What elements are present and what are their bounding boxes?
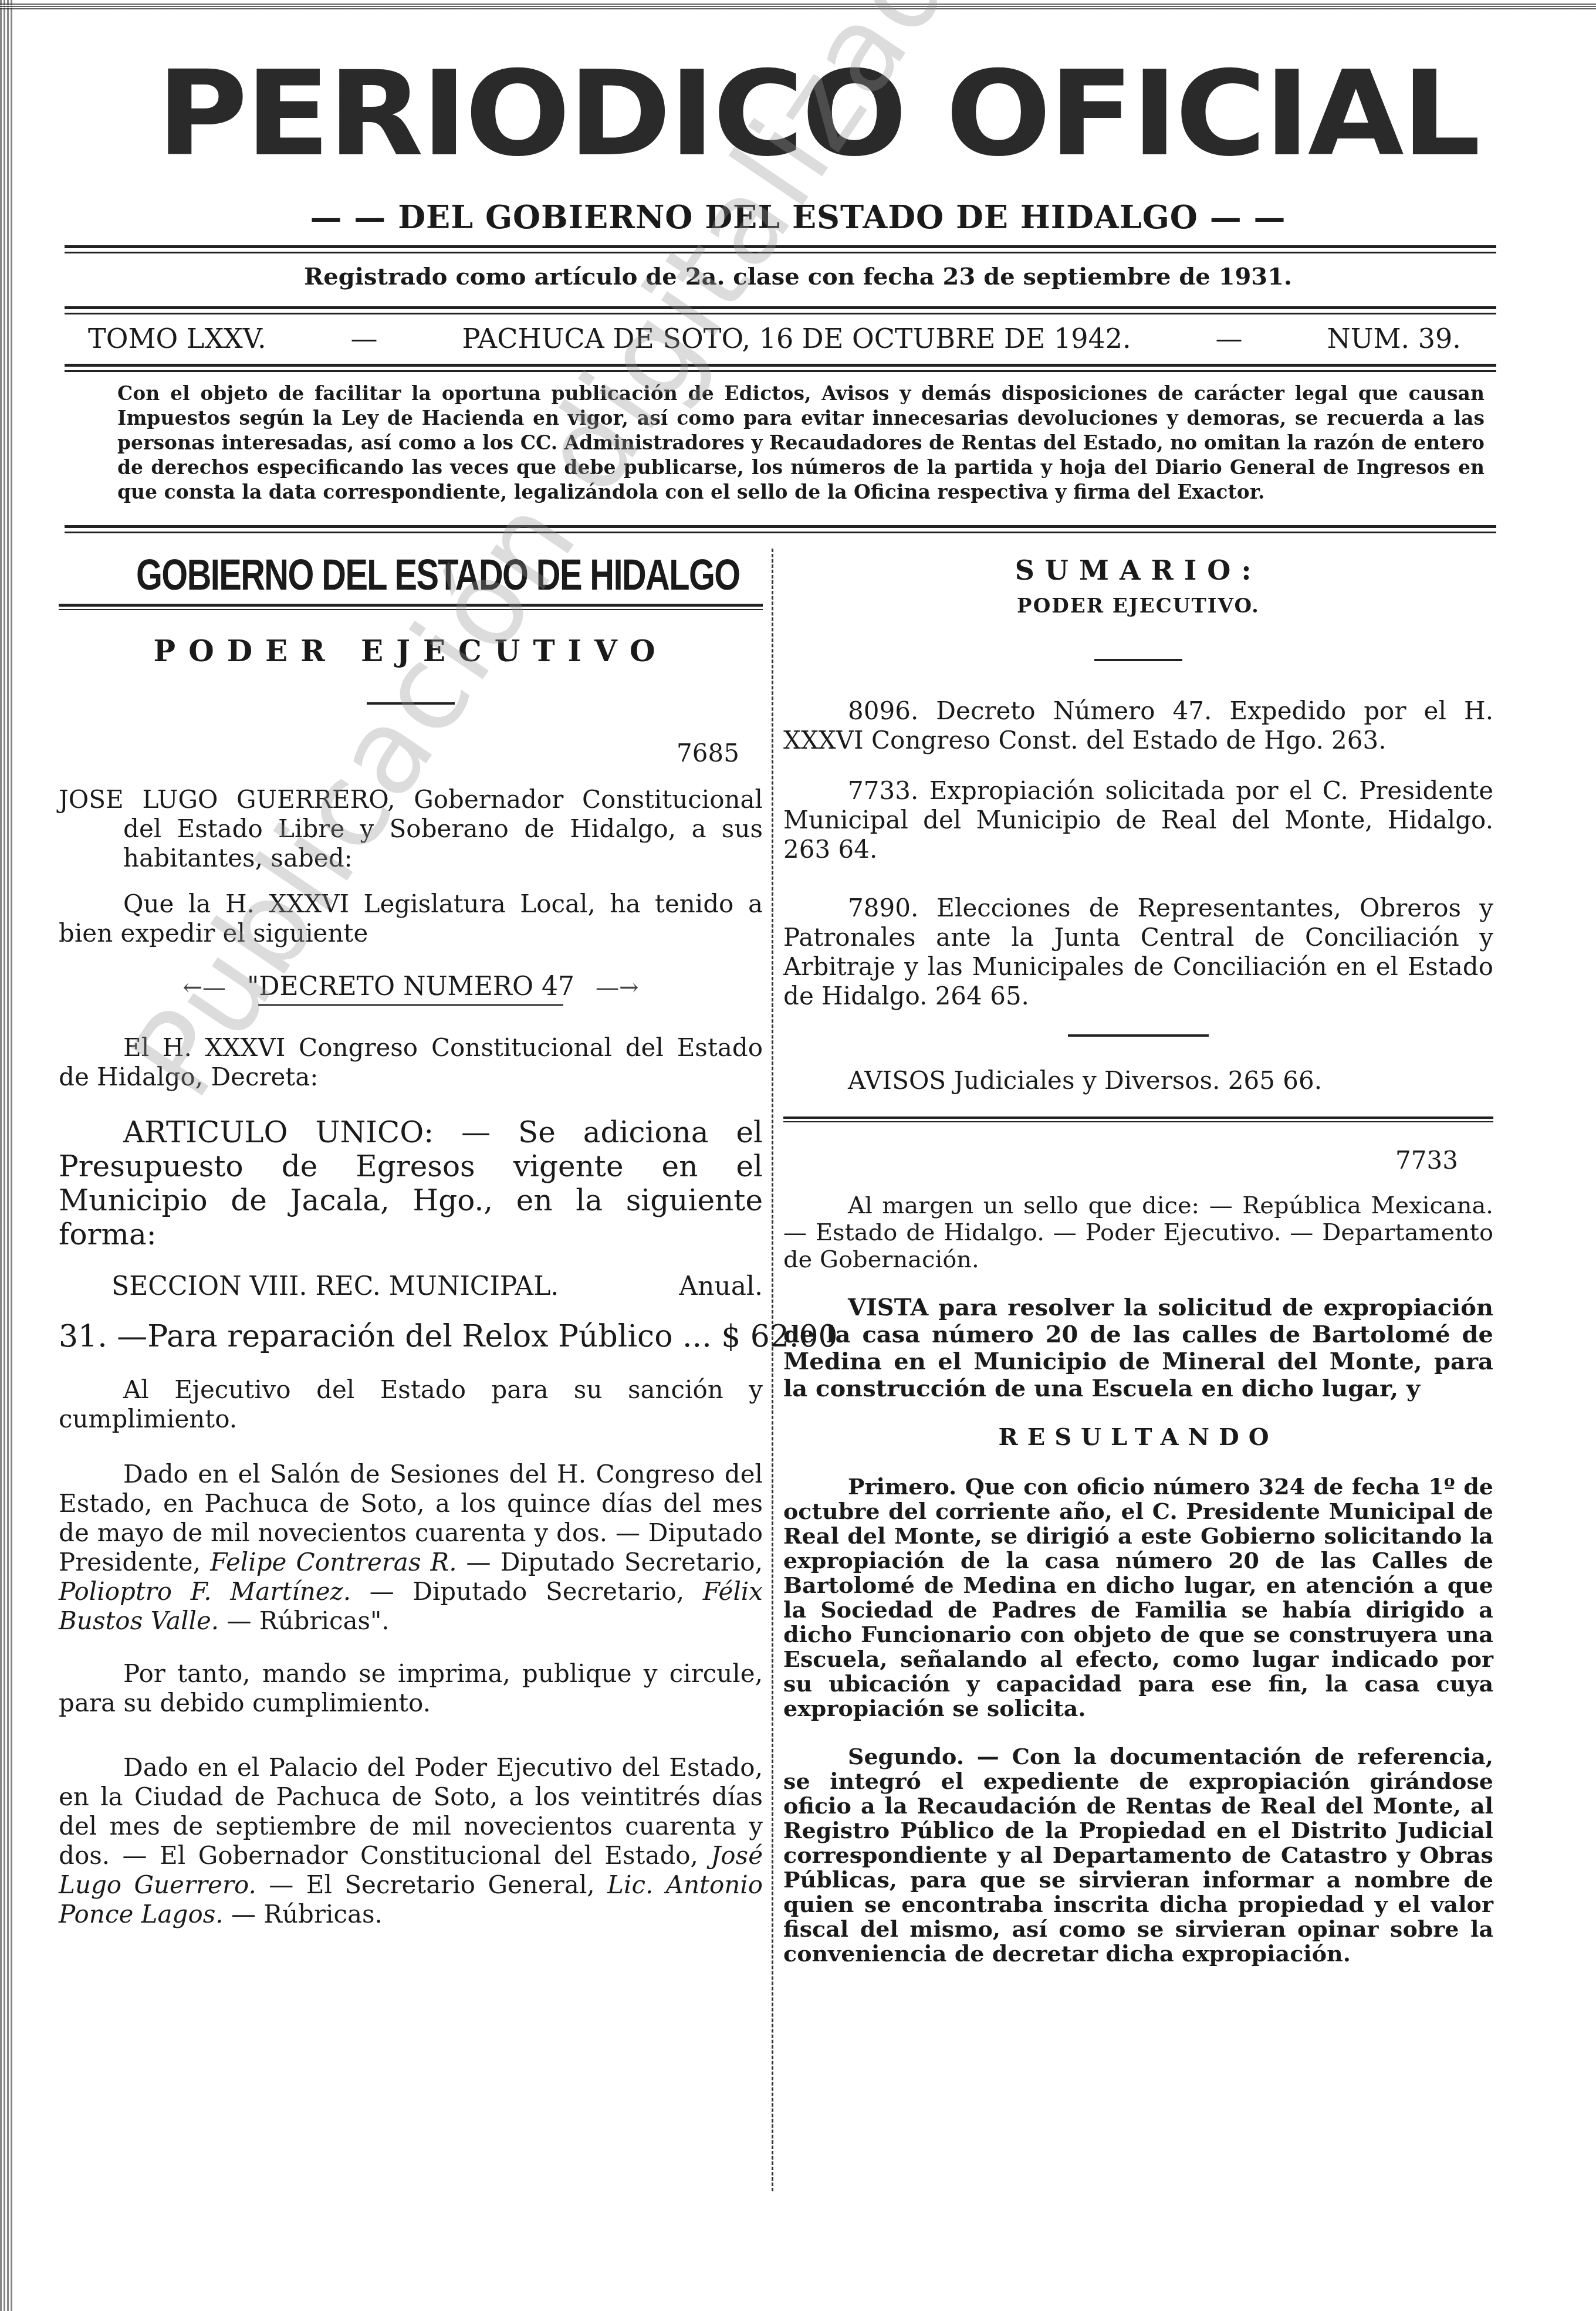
signature-closing: — Rúbricas". xyxy=(219,1606,390,1635)
signatory-name: Felipe Contreras R. xyxy=(210,1548,457,1576)
decree-heading-text: "DECRETO NUMERO 47 xyxy=(247,972,574,1001)
sanction-paragraph: Al Ejecutivo del Estado para su sanción … xyxy=(59,1375,763,1434)
newspaper-page: PERIODICO OFICIAL — — DEL GOBIERNO DEL E… xyxy=(0,0,1596,2311)
left-column: GOBIERNO DEL ESTADO DE HIDALGO PODER EJE… xyxy=(59,549,763,1945)
signatory-role: — Diputado Secretario, xyxy=(351,1577,703,1606)
signature-closing: — Rúbricas. xyxy=(224,1900,383,1928)
summary-heading: SUMARIO: xyxy=(783,554,1493,586)
registration-rule xyxy=(65,306,1496,314)
second-result-paragraph: Segundo. — Con la documentación de refer… xyxy=(783,1744,1493,1966)
issue-number: NUM. 39. xyxy=(1327,323,1461,354)
congress-paragraph: El H. XXXVI Congreso Constitucional del … xyxy=(59,1033,763,1092)
dateline-separator: — xyxy=(1216,323,1243,354)
ornament-right-icon: —→ xyxy=(596,974,639,1001)
masthead-rule xyxy=(65,245,1496,253)
governor-intro: JOSE LUGO GUERRERO, Gobernador Constituc… xyxy=(59,785,763,873)
executive-signature-text: Dado en el Palacio del Poder Ejecutivo d… xyxy=(59,1753,763,1870)
volume-label: TOMO LXXV. xyxy=(88,323,266,354)
section-heading: PODER EJECUTIVO xyxy=(59,634,763,668)
document-number: 7733 xyxy=(783,1146,1458,1175)
ornament-left-icon: ←— xyxy=(183,974,226,1001)
scan-edge-left xyxy=(0,0,13,2311)
summary-entry: 8096. Decreto Número 47. Expedido por el… xyxy=(783,696,1493,755)
budget-item-description: —Para reparación del Relox Público xyxy=(117,1319,672,1354)
dateline-rule xyxy=(65,364,1496,372)
budget-item-leader: ... xyxy=(682,1319,712,1354)
summary-entry: 7890. Elecciones de Representantes, Obre… xyxy=(783,894,1493,1011)
decree-heading: ←— "DECRETO NUMERO 47 —→ xyxy=(59,972,763,1006)
masthead-title: PERIODICO OFICIAL xyxy=(59,65,1576,164)
resultando-heading: RESULTANDO xyxy=(783,1423,1493,1451)
congress-signature-paragraph: Dado en el Salón de Sesiones del H. Cong… xyxy=(59,1460,763,1636)
short-rule xyxy=(1094,659,1182,661)
decree-heading-underline xyxy=(258,1004,563,1006)
column-divider xyxy=(772,549,773,2191)
registration-line: Registrado como artículo de 2a. clase co… xyxy=(0,263,1596,290)
signatory-name: Polioptro F. Martínez. xyxy=(59,1577,351,1606)
document-number: 7685 xyxy=(59,739,739,767)
notice-rule xyxy=(65,525,1496,533)
dateline-separator: — xyxy=(351,323,378,354)
budget-section-row: SECCION VIII. REC. MUNICIPAL. Anual. xyxy=(59,1271,763,1301)
section-rule xyxy=(783,1116,1493,1122)
summary-subheading: PODER EJECUTIVO. xyxy=(783,594,1493,618)
dateline: TOMO LXXV. — PACHUCA DE SOTO, 16 DE OCTU… xyxy=(88,323,1461,354)
executive-signature-paragraph: Dado en el Palacio del Poder Ejecutivo d… xyxy=(59,1753,763,1929)
vista-paragraph: VISTA para resolver la solicitud de expr… xyxy=(783,1294,1493,1402)
notices-entry: AVISOS Judiciales y Diversos. 265 66. xyxy=(783,1066,1493,1095)
short-rule xyxy=(367,702,455,705)
budget-section-period: Anual. xyxy=(679,1271,763,1301)
notice-text: Con el objeto de facilitar la oportuna p… xyxy=(117,381,1485,505)
budget-item-number: 31. xyxy=(59,1319,107,1354)
short-rule xyxy=(1068,1034,1209,1037)
signatory-role: — El Secretario General, xyxy=(256,1870,607,1899)
seal-paragraph: Al margen un sello que dice: — República… xyxy=(783,1192,1493,1273)
government-title-rule xyxy=(59,604,763,610)
government-title: GOBIERNO DEL ESTADO DE HIDALGO xyxy=(136,549,685,601)
place-date: PACHUCA DE SOTO, 16 DE OCTUBRE DE 1942. xyxy=(462,323,1131,354)
scan-edge-top xyxy=(0,4,1596,9)
budget-item-row: 31. —Para reparación del Relox Público .… xyxy=(59,1319,763,1354)
right-column: SUMARIO: PODER EJECUTIVO. 8096. Decreto … xyxy=(783,549,1493,1982)
first-result-paragraph: Primero. Que con oficio número 324 de fe… xyxy=(783,1474,1493,1721)
legislature-paragraph: Que la H. XXXVI Legislatura Local, ha te… xyxy=(59,889,763,948)
signatory-role: — Diputado Secretario, xyxy=(457,1548,763,1576)
summary-entry: 7733. Expropiación solicitada por el C. … xyxy=(783,776,1493,864)
promulgation-paragraph: Por tanto, mando se imprima, publique y … xyxy=(59,1659,763,1718)
article-paragraph: ARTICULO UNICO: — Se adiciona el Presupu… xyxy=(59,1115,763,1251)
masthead-subtitle: — — DEL GOBIERNO DEL ESTADO DE HIDALGO —… xyxy=(0,198,1596,236)
budget-section-name: SECCION VIII. REC. MUNICIPAL. xyxy=(59,1271,559,1301)
publication-notice: Con el objeto de facilitar la oportuna p… xyxy=(117,381,1485,505)
